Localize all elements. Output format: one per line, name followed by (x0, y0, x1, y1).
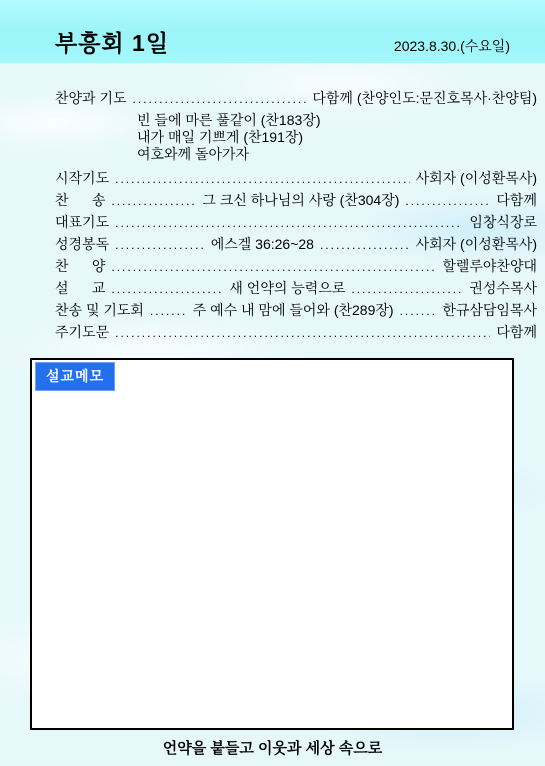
dotted-leader (115, 216, 463, 230)
program-row-hymn-and-prayer-meeting: 찬송 및 기도회 주 예수 내 맘에 들어와 (찬289장) 한규삼담임목사 (55, 300, 537, 322)
hymn-list: 빈 들에 마른 풀같이 (찬183장) 내가 매일 기쁘게 (찬191장) 여호… (137, 112, 537, 163)
program-item-label: 찬 양 (55, 256, 105, 276)
program-row-lords-prayer: 주기도문 다함께 (55, 322, 537, 344)
dotted-leader (351, 282, 463, 296)
program-item-label: 성경봉독 (55, 234, 109, 254)
program-item-label: 시작기도 (55, 168, 109, 188)
program-row-sermon: 설 교 새 언약의 능력으로 권성수목사 (55, 278, 537, 300)
dotted-leader (115, 326, 490, 340)
dotted-leader (111, 194, 196, 208)
sermon-notes-box: 설교메모 (30, 358, 514, 730)
dotted-leader (405, 194, 490, 208)
program-item-center: 주 예수 내 맘에 들어와 (찬289장) (193, 300, 394, 320)
program-item-right: 한규삼담임목사 (442, 300, 537, 320)
program-row-scripture-reading: 성경봉독 에스겔 36:26~28 사회자 (이성환목사) (55, 234, 537, 256)
header-band: 부흥회 1일 2023.8.30.(수요일) (0, 0, 545, 63)
program-item-center: 그 크신 하나님의 사랑 (찬304장) (202, 190, 399, 210)
program-row-praise-and-prayer: 찬양과 기도 다함께 (찬양인도:문진호목사·찬양팀) (55, 88, 537, 110)
program-item-right: 다함께 (찬양인도:문진호목사·찬양팀) (312, 88, 537, 108)
dotted-leader (400, 304, 437, 318)
sermon-notes-label: 설교메모 (35, 362, 115, 391)
program-row-opening-prayer: 시작기도 사회자 (이성환목사) (55, 168, 537, 190)
program-item-label: 찬양과 기도 (55, 88, 127, 108)
program-item-label: 주기도문 (55, 322, 109, 342)
hymn-line: 빈 들에 마른 풀같이 (찬183장) (137, 112, 537, 129)
program-row-choir-praise: 찬 양 할렐루야찬양대 (55, 256, 537, 278)
dotted-leader (111, 282, 223, 296)
program-item-right: 사회자 (이성환목사) (416, 234, 537, 254)
bulletin-page: 부흥회 1일 2023.8.30.(수요일) 찬양과 기도 다함께 (찬양인도:… (0, 0, 545, 766)
dotted-leader (150, 304, 187, 318)
program-row-representative-prayer: 대표기도 임창식장로 (55, 212, 537, 234)
program-item-right: 임창식장로 (469, 212, 537, 232)
dotted-leader (133, 92, 307, 106)
program-item-label: 찬 송 (55, 190, 105, 210)
dotted-leader (115, 172, 409, 186)
program-item-label: 설 교 (55, 278, 105, 298)
program-item-right: 다함께 (496, 190, 537, 210)
program-item-center: 에스겔 36:26~28 (211, 234, 314, 254)
program-item-right: 권성수목사 (469, 278, 537, 298)
program-item-label: 찬송 및 기도회 (55, 300, 144, 320)
dotted-leader (320, 238, 410, 252)
program-item-label: 대표기도 (55, 212, 109, 232)
dotted-leader (115, 238, 205, 252)
page-title: 부흥회 1일 (55, 32, 169, 55)
program-row-hymn: 찬 송 그 크신 하나님의 사랑 (찬304장) 다함께 (55, 190, 537, 212)
program-item-right: 사회자 (이성환목사) (416, 168, 537, 188)
program-item-right: 할렐루야찬양대 (442, 256, 537, 276)
hymn-line: 여호와께 돌아가자 (137, 146, 537, 163)
program-item-center: 새 언약의 능력으로 (229, 278, 345, 298)
hymn-line: 내가 매일 기쁘게 (찬191장) (137, 129, 537, 146)
program-item-right: 다함께 (496, 322, 537, 342)
dotted-leader (111, 260, 436, 274)
order-of-worship: 찬양과 기도 다함께 (찬양인도:문진호목사·찬양팀) 빈 들에 마른 풀같이 … (55, 88, 537, 344)
footer-slogan: 언약을 붙들고 이웃과 세상 속으로 (0, 737, 545, 758)
date-label: 2023.8.30.(수요일) (394, 39, 510, 55)
